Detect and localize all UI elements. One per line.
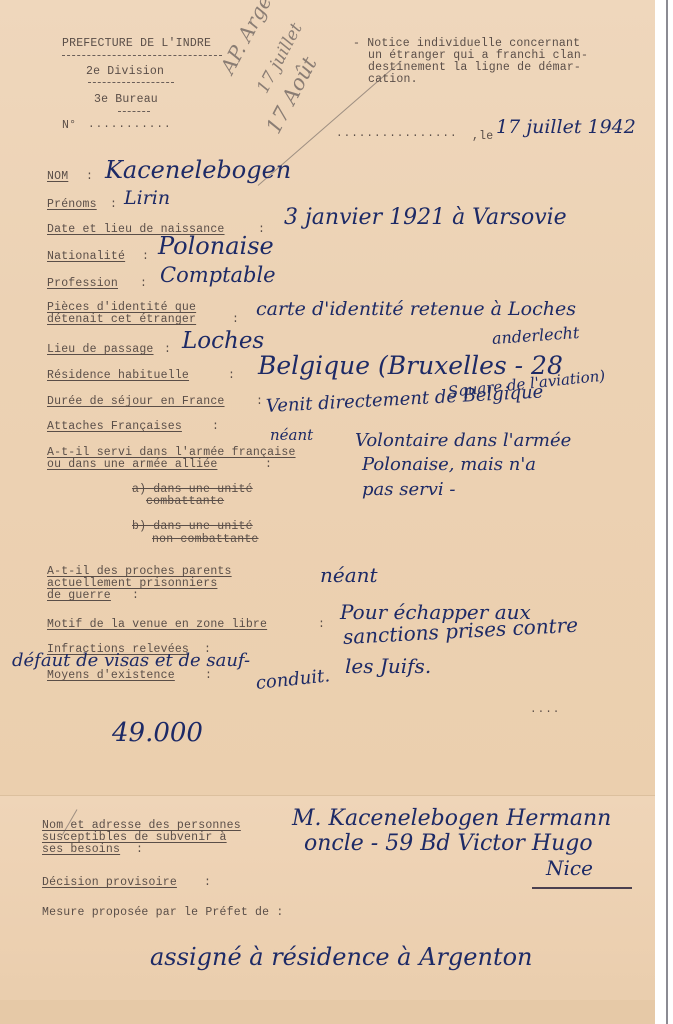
colon: : xyxy=(232,313,239,326)
bureau-rule xyxy=(118,111,150,112)
field-value-attaches: néant xyxy=(270,428,313,443)
colon: : xyxy=(164,343,171,356)
header-rule xyxy=(62,55,222,56)
notice-line-4: cation. xyxy=(368,73,418,86)
colon: : xyxy=(140,277,147,290)
field-value-nom: Kacenelebogen xyxy=(105,158,291,182)
field-label-prenoms: Prénoms xyxy=(47,198,97,211)
field-value-armee-2: Polonaise, mais n'a xyxy=(362,456,536,474)
signature-rule xyxy=(532,887,632,889)
field-label-lieu-passage: Lieu de passage xyxy=(47,343,154,356)
prefecture-title: PREFECTURE DE L'INDRE xyxy=(62,37,211,50)
date-handwritten: 17 juillet 1942 xyxy=(496,118,636,137)
scan-background xyxy=(655,0,673,1024)
colon: : xyxy=(318,618,325,631)
colon: : xyxy=(228,369,235,382)
field-label-nationalite: Nationalité xyxy=(47,250,125,263)
field-value-nationalite: Polonaise xyxy=(158,234,274,258)
field-label-profession: Profession xyxy=(47,277,118,290)
colon: : xyxy=(142,250,149,263)
field-label-attaches: Attaches Françaises xyxy=(47,420,182,433)
field-value-naissance: 3 janvier 1921 à Varsovie xyxy=(284,207,567,229)
field-value-moyens: 49.000 xyxy=(112,720,203,746)
support-label-3: ses besoins xyxy=(42,843,120,856)
field-value-prisonniers: néant xyxy=(320,565,378,585)
sub-option-a-2: combattante xyxy=(146,495,224,508)
field-label-prisonniers-3: de guerre xyxy=(47,589,111,602)
colon: : xyxy=(132,589,139,602)
field-label-residence: Résidence habituelle xyxy=(47,369,189,382)
measure-label: Mesure proposée par le Préfet de : xyxy=(42,906,283,919)
field-label-duree: Durée de séjour en France xyxy=(47,395,225,408)
date-dots: ................ xyxy=(336,128,458,140)
division-rule xyxy=(88,82,174,83)
field-label-armee-2: ou dans une armée alliée xyxy=(47,458,217,471)
colon: : xyxy=(205,669,212,682)
sub-option-b-1: b) dans une unité xyxy=(132,520,253,533)
scan-edge-line xyxy=(666,0,668,1024)
support-value-1: M. Kacenelebogen Hermann xyxy=(292,808,611,830)
field-value-lieu-passage: Loches xyxy=(182,330,264,353)
numero-dots: ........... xyxy=(88,119,172,131)
support-value-2: oncle - 59 Bd Victor Hugo xyxy=(304,833,593,855)
colon: : xyxy=(136,843,143,856)
paper-bottom-band xyxy=(0,1000,665,1024)
field-value-motif-3: les Juifs. xyxy=(345,656,431,676)
support-value-3: Nice xyxy=(546,858,593,878)
colon: : xyxy=(265,458,272,471)
field-label-moyens: Moyens d'existence xyxy=(47,669,175,682)
division-label: 2e Division xyxy=(86,65,164,78)
field-value-armee-1: Volontaire dans l'armée xyxy=(355,432,571,450)
field-value-infractions-1: défaut de visas et de sauf- xyxy=(12,652,250,670)
numero-label: N° xyxy=(62,119,76,132)
field-label-motif: Motif de la venue en zone libre xyxy=(47,618,267,631)
trailing-dots: .... xyxy=(530,704,560,716)
colon: : xyxy=(204,876,211,889)
colon: : xyxy=(212,420,219,433)
measure-value: assigné à résidence à Argenton xyxy=(150,945,533,969)
field-label-pieces-2: détenait cet étranger xyxy=(47,313,196,326)
field-value-prenoms: Lirin xyxy=(124,189,170,208)
colon: : xyxy=(110,198,117,211)
field-value-armee-3: pas servi - xyxy=(362,481,455,499)
field-label-nom: NOM xyxy=(47,170,68,183)
field-value-pieces: carte d'identité retenue à Loches xyxy=(256,300,576,319)
field-value-residence: Belgique (Bruxelles - 28 xyxy=(258,353,563,378)
field-value-profession: Comptable xyxy=(160,265,276,286)
sub-option-b-2: non combattante xyxy=(152,533,259,546)
bureau-label: 3e Bureau xyxy=(94,93,158,106)
colon: : xyxy=(256,395,263,408)
colon: : xyxy=(86,170,93,183)
date-prefix: ,le xyxy=(472,130,493,143)
decision-label: Décision provisoire xyxy=(42,876,177,889)
